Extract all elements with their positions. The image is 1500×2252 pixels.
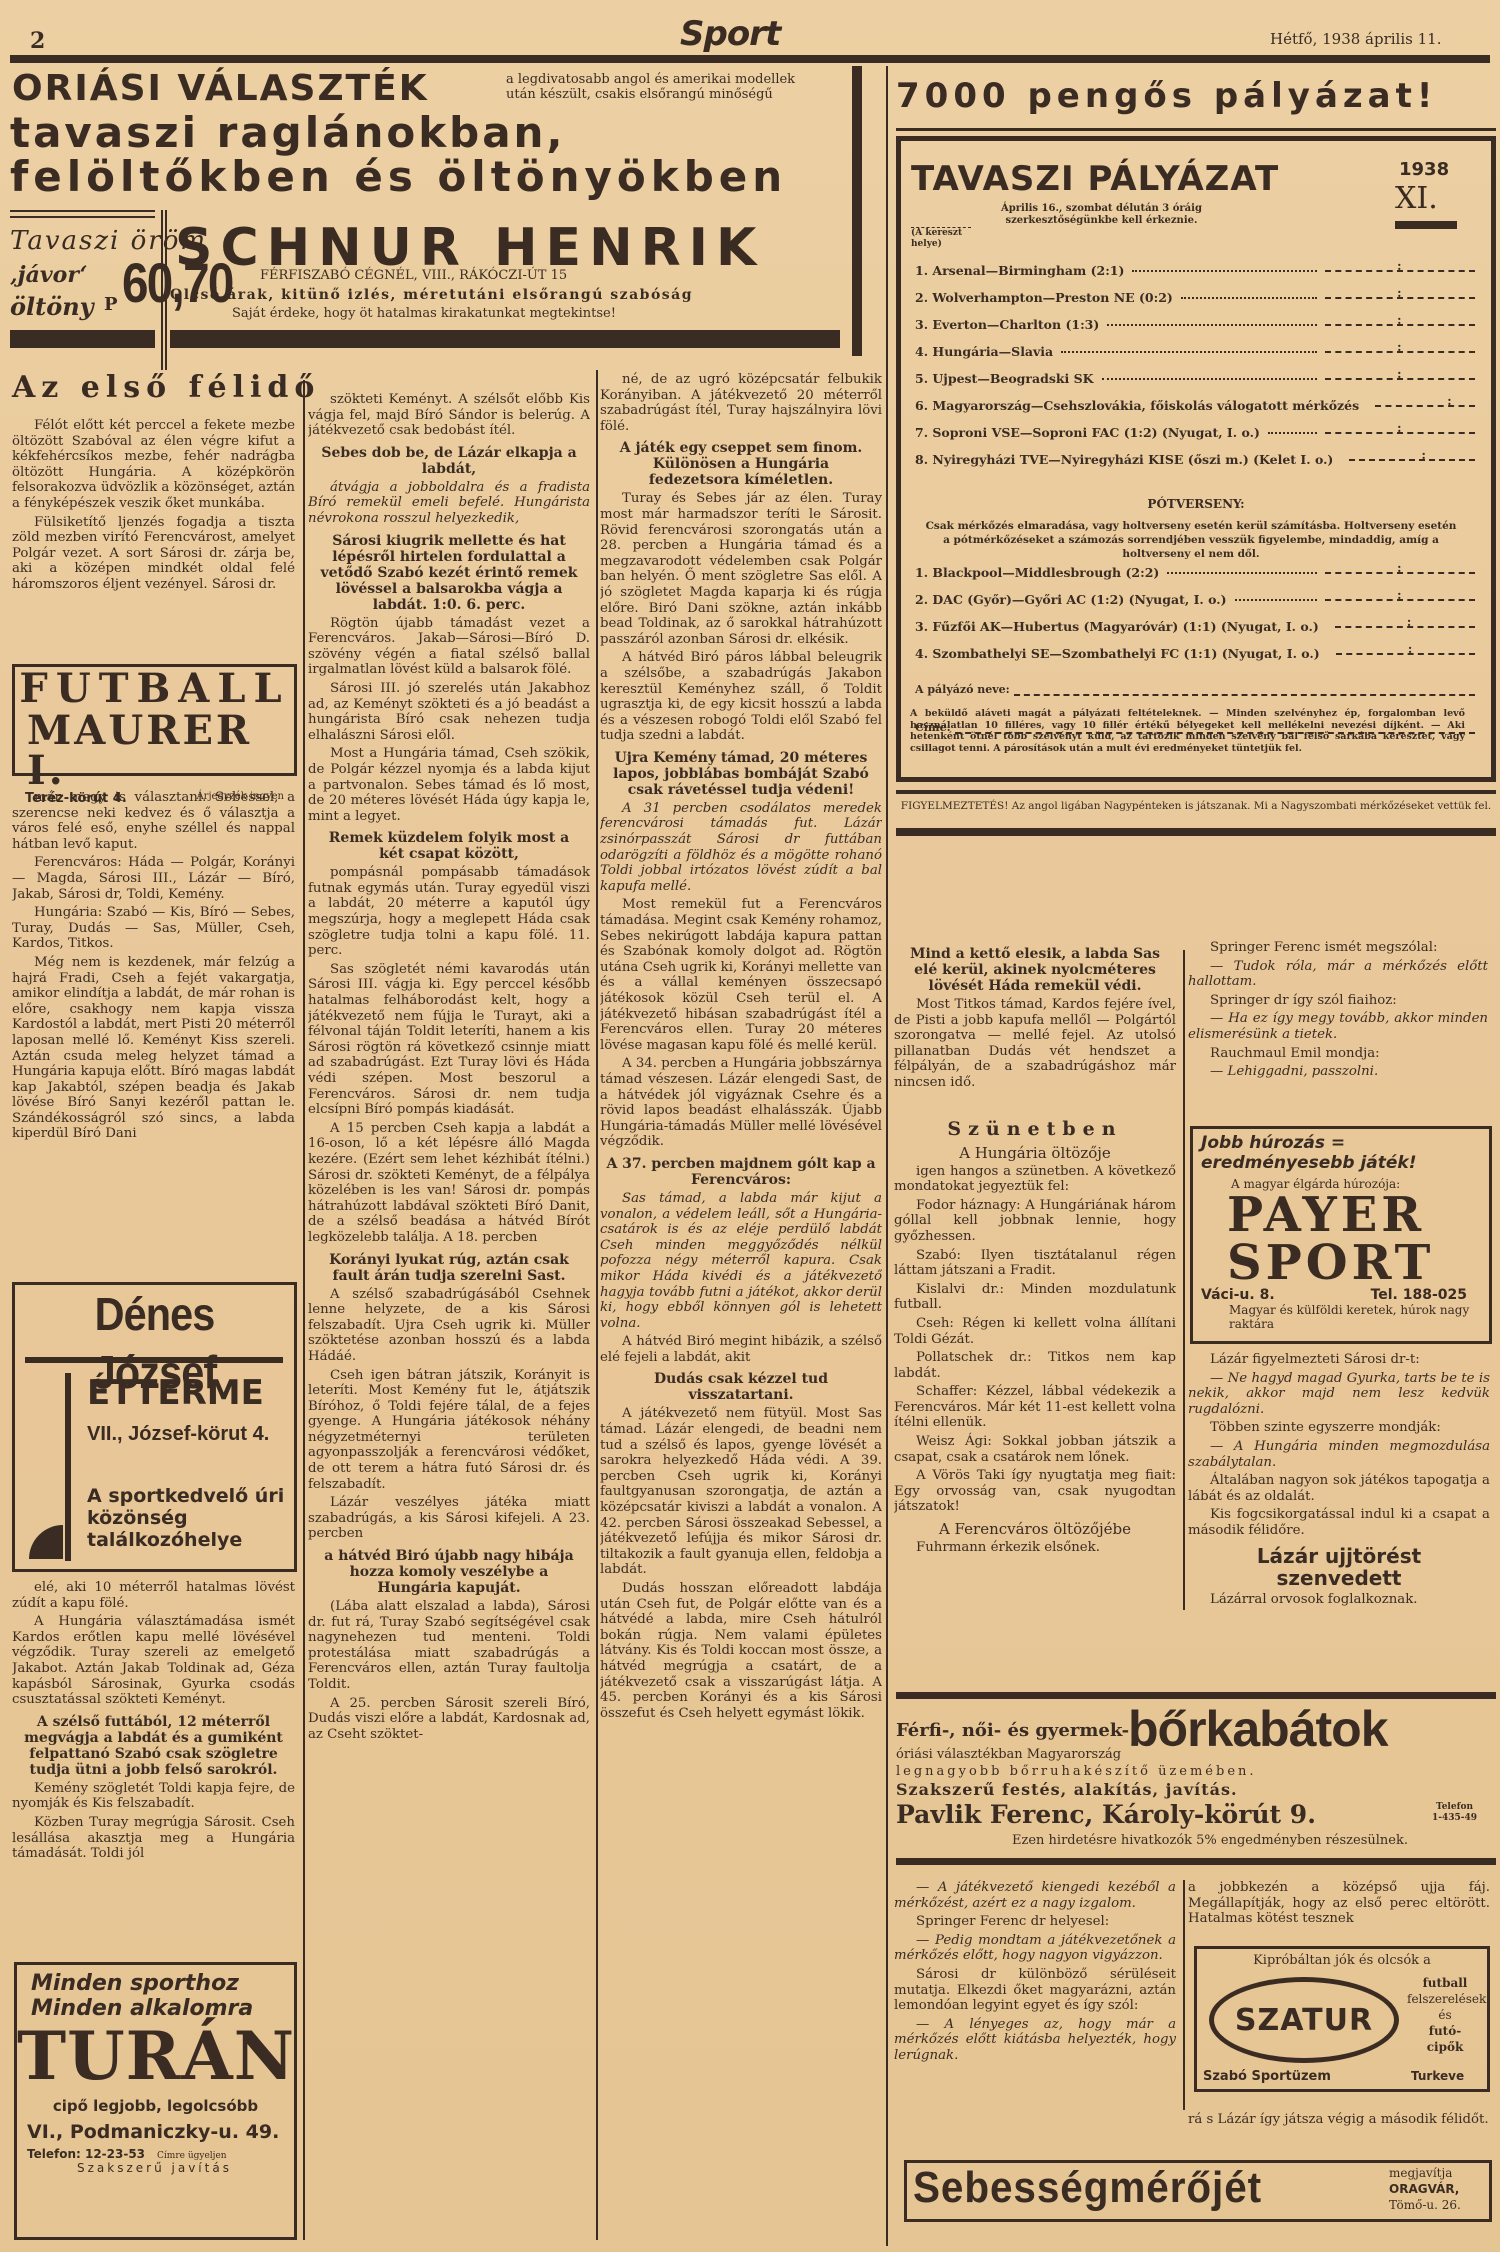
right-column-c: Lázár figyelmezteti Sárosi dr-t:— Ne hag… — [1188, 1352, 1490, 1682]
contest-banner: 7000 pengős pályázat! — [896, 76, 1437, 116]
section-subtitle: A Ferencváros öltözőjébe — [900, 1521, 1170, 1537]
ad-denes-jozsef: Dénes József ÉTTERME VII., József-körut … — [12, 1282, 297, 1572]
score-input[interactable] — [1325, 270, 1475, 272]
paragraph: Most Titkos támad, Kardos fejére ível, d… — [894, 997, 1176, 1091]
paragraph-italic: — A játékvezető kiengedi kezéből a mérkő… — [894, 1880, 1176, 1911]
paragraph: Turay és Sebes jár az élen. Turay most m… — [600, 491, 882, 647]
ad-line: legnagyobb bőrruhakészítő üzemében. — [896, 1764, 1257, 1779]
paragraph-italic: — Ha ez így megy tovább, akkor minden el… — [1188, 1011, 1488, 1042]
divider — [65, 1373, 71, 1561]
score-input[interactable] — [1335, 626, 1475, 628]
paragraph: A 15 percben Cseh kapja a labdát a 16-os… — [308, 1121, 590, 1246]
score-input[interactable] — [1349, 459, 1475, 461]
match-label: 7. Soproni VSE—Soproni FAC (1:2) (Nyugat… — [915, 425, 1260, 440]
leader-dots — [1181, 297, 1317, 299]
paragraph: Közben Turay megrúgja Sárosit. Cseh lesá… — [12, 1815, 295, 1862]
extra-match-list: 1. Blackpool—Middlesbrough (2:2)2. DAC (… — [915, 565, 1475, 673]
promo-line: öltöny — [10, 292, 94, 321]
subheading: a hátvéd Biró újabb nagy hibája hozza ko… — [314, 1548, 584, 1596]
subheading: A szélső futtából, 12 méterről megvágja … — [18, 1714, 289, 1778]
paragraph: Rögtön újabb támadást vezet a Ferencváro… — [308, 616, 590, 678]
paragraph: A 34. percben a Hungária jobbszárnya tám… — [600, 1056, 882, 1150]
contest-form: TAVASZI PÁLYÁZAT 1938 XI. Április 16., s… — [896, 136, 1496, 782]
paragraph-italic: — A lényeges az, hogy már a mérkőzés elő… — [894, 2017, 1176, 2064]
match-entry[interactable]: 1. Arsenal—Birmingham (2:1) — [915, 263, 1475, 290]
issue-date: Hétfő, 1938 április 11. — [1270, 30, 1441, 48]
right-column-b: Springer Ferenc ismét megszólal:— Tudok … — [1188, 940, 1488, 1120]
ad-slogan: A sportkedvelő úri közönség találkozóhel… — [87, 1485, 287, 1551]
paragraph: Springer Ferenc dr helyesel: — [894, 1914, 1176, 1930]
match-label: 6. Magyarország—Csehszlovákia, főiskolás… — [915, 398, 1359, 413]
match-label: 3. Everton—Charlton (1:3) — [915, 317, 1099, 332]
paragraph: A hátvéd Biró páros lábbal beleugrik a s… — [600, 650, 882, 744]
match-entry[interactable]: 1. Blackpool—Middlesbrough (2:2) — [915, 565, 1475, 592]
ad-line: MAURER I. — [15, 711, 294, 791]
ad-headline: Kipróbáltan jók és olcsók a — [1197, 1953, 1487, 1968]
paragraph: Most remekül fut a Ferencváros támadása.… — [600, 897, 882, 1053]
ad-phone: Telefon: 12-23-53 — [27, 2147, 145, 2161]
ad-side-line: futball — [1407, 1975, 1483, 1991]
divider — [10, 216, 155, 218]
ad-line: Minden sporthoz — [17, 1971, 294, 1996]
score-input[interactable] — [1325, 599, 1475, 601]
paragraph-italic: átvágja a jobboldalra és a fradista Bíró… — [308, 480, 590, 527]
score-input[interactable] — [1336, 653, 1475, 655]
match-entry[interactable]: 4. Szombathelyi SE—Szombathelyi FC (1:1)… — [915, 646, 1475, 673]
paragraph: pompásnál pompásabb támadások futnak egy… — [308, 865, 590, 959]
paragraph: A Vörös Taki így nyugtatja meg fiait: Eg… — [894, 1468, 1176, 1515]
ad-szatur: Kipróbáltan jók és olcsók a SZATUR futba… — [1194, 1946, 1490, 2092]
paragraph-italic: — Lehiggadni, passzolni. — [1188, 1064, 1488, 1080]
paragraph: A Hungária választámadása ismét Kardos e… — [12, 1614, 295, 1708]
ad-subtitle-line: után készült, csakis elsőrangú minőségű — [506, 87, 795, 102]
paragraph: Springer dr így szól fiaihoz: — [1188, 993, 1488, 1009]
name-field[interactable]: A pályázó neve: — [915, 683, 1475, 696]
ad-sub: ÉTTERME — [87, 1373, 264, 1413]
subheading: Remek küzdelem folyik most a két csapat … — [314, 830, 584, 862]
ad-subtitle: a legdivatosabb angol és amerikai modell… — [506, 72, 795, 102]
paragraph: Sas szögletét némi kavarodás után Sárosi… — [308, 962, 590, 1118]
ad-side-text: futballfelszerelésekésfutó-cipők — [1407, 1975, 1483, 2055]
ad-line: Szakszerű festés, alakítás, javítás. — [896, 1780, 1238, 1799]
match-entry[interactable]: 4. Hungária—Slavia — [915, 344, 1475, 371]
match-entry[interactable]: 5. Ujpest—Beogradski SK — [915, 371, 1475, 398]
divider — [896, 128, 1496, 131]
newspaper-logo: Sport — [680, 14, 780, 54]
subheading: A játék egy cseppet sem finom. Különösen… — [606, 440, 876, 488]
paragraph: Rauchmaul Emil mondja: — [1188, 1046, 1488, 1062]
match-list: 1. Arsenal—Birmingham (2:1)2. Wolverhamp… — [915, 263, 1475, 479]
phone-number: 1-435-49 — [1432, 1813, 1477, 1824]
extra-title: PÓTVERSENY: — [901, 497, 1491, 511]
match-label: 8. Nyiregyházi TVE—Nyiregyházi KISE (ősz… — [915, 452, 1333, 467]
page-number: 2 — [30, 28, 45, 54]
bottom-right-top: a jobbkezén a középső ujja fáj. Megállap… — [1188, 1880, 1490, 1927]
ad-brand: PAYER — [1193, 1191, 1489, 1239]
ad-product: bőrkabátok — [1128, 1700, 1388, 1758]
promo-line: ‚jávor‘ — [10, 262, 87, 288]
leader-dots — [1132, 270, 1317, 272]
ad-prefix: Férfi-, női- és gyermek- — [896, 1720, 1129, 1741]
match-label: 1. Blackpool—Middlesbrough (2:2) — [915, 565, 1159, 580]
subheading: Korányi lyukat rúg, aztán csak fault árá… — [314, 1252, 584, 1284]
ad-brand: SZATUR — [1235, 2003, 1373, 2038]
paragraph: Most a Hungária támad, Cseh szökik, de P… — [308, 746, 590, 824]
paragraph: igen hangos a szünetben. A következő mon… — [894, 1164, 1176, 1195]
paragraph: Springer Ferenc ismét megszólal: — [1188, 940, 1488, 956]
subheading: Dudás csak kézzel tud visszatartani. — [606, 1371, 876, 1403]
cross-box[interactable]: (A kereszt helye) — [911, 227, 971, 250]
ad-sebessegmero: Sebességmérőjét megjavítja ORAGVÁR, Tömő… — [904, 2160, 1492, 2222]
paragraph: Schaffer: Kézzel, lábbal védekezik a Fer… — [894, 1384, 1176, 1431]
currency: P — [104, 294, 118, 315]
match-label: 2. Wolverhampton—Preston NE (0:2) — [915, 290, 1173, 305]
ad-service: Szakszerű javítás — [17, 2161, 294, 2175]
column-divider — [1183, 1880, 1185, 2110]
deadline-line: szerkesztőségünkbe kell érkeznie. — [1001, 215, 1202, 227]
divider — [896, 1692, 1496, 1699]
paragraph: Cseh igen bátran játszik, Korányit is le… — [308, 1368, 590, 1493]
paragraph: A 25. percben Sárosit szereli Bíró, Dudá… — [308, 1696, 590, 1743]
ad-phone: Tel. 188-025 — [1371, 1287, 1467, 1303]
ad-town: Turkeve — [1411, 2069, 1464, 2083]
ad-line-felolto: felöltőkben és öltönyökben — [10, 152, 787, 201]
paragraph: Többen szinte egyszerre mondják: — [1188, 1420, 1490, 1436]
ad-line: FUTBALL — [15, 667, 294, 711]
paragraph-italic: — A Hungária minden megmozdulása szabály… — [1188, 1439, 1490, 1470]
paragraph-italic: — Ne hagyd magad Gyurka, tarts be te is … — [1188, 1371, 1490, 1418]
divider — [165, 210, 167, 370]
column-divider — [886, 66, 888, 2246]
ad-address: FÉRFISZABÓ CÉGNÉL, VIII., RÁKÓCZI-ÚT 15 — [260, 268, 567, 283]
paragraph: Pollatschek dr.: Titkos nem kap labdát. — [894, 1350, 1176, 1381]
match-entry[interactable]: 8. Nyiregyházi TVE—Nyiregyházi KISE (ősz… — [915, 452, 1475, 479]
paragraph: már megy is választani. Sebessel, a szer… — [12, 790, 295, 852]
ad-phone: Telefon 1-435-49 — [1432, 1802, 1477, 1824]
paragraph: A hátvéd Biró megint hibázik, a szélső e… — [600, 1334, 882, 1365]
paragraph: Fülsiketítő ljenzés fogadja a tiszta zöl… — [12, 515, 295, 593]
ad-discount: Ezen hirdetésre hivatkozók 5% engedményb… — [1012, 1833, 1408, 1848]
match-entry[interactable]: 3. Everton—Charlton (1:3) — [915, 317, 1475, 344]
ad-company: Pavlik Ferenc, Károly-körút 9. — [896, 1800, 1316, 1829]
newspaper-page: 2 Sport Hétfő, 1938 április 11. ORIÁSI V… — [0, 0, 1500, 2252]
score-input[interactable] — [1325, 297, 1475, 299]
ad-headline: ORIÁSI VÁLASZTÉK — [12, 68, 429, 109]
paragraph: Lázárral orvosok foglalkoznak. — [1188, 1592, 1490, 1608]
score-input[interactable] — [1325, 351, 1475, 353]
article-column-2: szökteti Keményt. A szélsőt előbb Kis vá… — [308, 392, 590, 2242]
contest-warning: FIGYELMEZTETÉS! Az angol ligában Nagypén… — [896, 800, 1496, 813]
leader-dots — [1061, 351, 1317, 353]
match-entry[interactable]: 2. DAC (Győr)—Győri AC (1:2) (Nyugat, I.… — [915, 592, 1475, 619]
paragraph-italic: A 31 percben csodálatos meredek ferencvá… — [600, 801, 882, 895]
match-entry[interactable]: 2. Wolverhampton—Preston NE (0:2) — [915, 290, 1475, 317]
bottom-left-text: — A játékvezető kiengedi kezéből a mérkő… — [894, 1880, 1176, 2120]
article-column-1-cont2: elé, aki 10 méterről hatalmas lövést zúd… — [12, 1580, 295, 1965]
ad-payer-sport: Jobb húrozás = eredményesebb játék! A ma… — [1190, 1126, 1492, 1344]
ad-note: Magyar és külföldi keretek, húrok nagy r… — [1193, 1303, 1489, 1331]
ad-address: Váci-u. 8. — [1201, 1287, 1275, 1303]
ad-side-line: felszerelések — [1407, 1991, 1483, 2007]
ad-brand: TURÁN — [17, 2021, 294, 2091]
paragraph: A szélső szabadrúgásából Csehnek lenne h… — [308, 1287, 590, 1365]
paragraph: Szabó: Ilyen tisztátalanul régen láttam … — [894, 1248, 1176, 1279]
ad-line: óriási választékban Magyarország — [896, 1747, 1121, 1762]
subheading: Ujra Kemény támad, 20 méteres lapos, job… — [606, 750, 876, 798]
divider — [10, 210, 155, 212]
match-label: 1. Arsenal—Birmingham (2:1) — [915, 263, 1124, 278]
match-label: 5. Ujpest—Beogradski SK — [915, 371, 1094, 386]
ad-line: megjavítja — [1389, 2165, 1461, 2181]
paragraph: Cseh: Régen ki kellett volna állítani To… — [894, 1316, 1176, 1347]
paragraph: Fodor háznagy: A Hungáriának három gólla… — [894, 1198, 1176, 1245]
name-label: A pályázó neve: — [915, 683, 1010, 696]
score-input[interactable] — [1325, 324, 1475, 326]
leader-dots — [1102, 378, 1317, 380]
bottom-right-bottom: rá s Lázár így játsza végig a második fé… — [1188, 2112, 1490, 2128]
paragraph: Fuhrmann érkezik elsőnek. — [894, 1540, 1176, 1556]
leader-dots — [1235, 599, 1317, 601]
ad-side-line: cipők — [1407, 2039, 1483, 2055]
divider — [25, 1357, 283, 1363]
column-divider — [596, 370, 598, 2240]
ad-sub: cipő legjobb, legolcsóbb — [17, 2097, 294, 2115]
paragraph: Weisz Ági: Sokkal jobban játszik a csapa… — [894, 1434, 1176, 1465]
contest-rules: A beküldő aláveti magát a pályázati felt… — [910, 708, 1465, 754]
ad-futball-maurer: FUTBALL MAURER I. Teréz-körút 4. Árjegyz… — [12, 664, 297, 776]
contest-deadline: Április 16., szombat délután 3 óráig sze… — [1001, 203, 1202, 227]
paragraph-italic: Sas támad, a labda már kijut a vonalon, … — [600, 1191, 882, 1331]
score-input[interactable] — [1325, 572, 1475, 574]
ad-address: VI., Podmaniczky-u. 49. — [17, 2121, 294, 2143]
paragraph-italic: — Tudok róla, már a mérkőzés előtt hallo… — [1188, 959, 1488, 990]
match-entry[interactable]: 7. Soproni VSE—Soproni FAC (1:2) (Nyugat… — [915, 425, 1475, 452]
ad-turan: Minden sporthoz Minden alkalomra TURÁN c… — [14, 1962, 297, 2240]
right-column-a: Mind a kettő elesik, a labda Sas elé ker… — [894, 940, 1176, 1740]
match-entry[interactable]: 3. Fűzfői AK—Hubertus (Magyaróvár) (1:1)… — [915, 619, 1475, 646]
section-subtitle: A Hungária öltözője — [900, 1145, 1170, 1161]
ad-subtitle-line: a legdivatosabb angol és amerikai modell… — [506, 72, 795, 87]
paragraph: Hungária: Szabó — Kis, Bíró — Sebes, Tur… — [12, 905, 295, 952]
subheading: Sebes dob be, de Lázár elkapja a labdát, — [314, 445, 584, 477]
ad-maker: Szabó Sportüzem — [1203, 2069, 1331, 2084]
paragraph: szökteti Keményt. A szélsőt előbb Kis vá… — [308, 392, 590, 439]
leader-dots — [1268, 432, 1317, 434]
section-title: Szünetben — [894, 1121, 1176, 1137]
subheading: Sárosi kiugrik mellette és hat lépésről … — [314, 533, 584, 613]
paragraph: né, de az ugró középcsatár felbukik Korá… — [600, 372, 882, 434]
paragraph-italic: — Pedig mondtam a játékvezetőnek a mérkő… — [894, 1933, 1176, 1964]
contest-year: 1938 — [1399, 159, 1449, 180]
ad-line: Tömő-u. 26. — [1389, 2197, 1461, 2213]
ad-note: Címre ügyeljen — [157, 2151, 227, 2161]
paragraph: Dudás hosszan előreadott labdája után Cs… — [600, 1581, 882, 1721]
deadline-line: Április 16., szombat délután 3 óráig — [1001, 203, 1202, 215]
article-column-3: né, de az ugró középcsatár felbukik Korá… — [600, 372, 882, 2232]
szatur-logo-icon: SZATUR — [1209, 1977, 1399, 2063]
match-label: 2. DAC (Győr)—Győri AC (1:2) (Nyugat, I.… — [915, 592, 1227, 607]
divider — [161, 210, 163, 370]
paragraph: Ferencváros: Háda — Polgár, Korányi — Ma… — [12, 855, 295, 902]
subheading: Lázár ujjtörést szenvedett — [1194, 1545, 1484, 1589]
divider — [852, 66, 862, 356]
divider — [170, 330, 840, 348]
score-input[interactable] — [1325, 378, 1475, 380]
ad-line: ORAGVÁR, — [1389, 2181, 1461, 2197]
paragraph: Lázár figyelmezteti Sárosi dr-t: — [1188, 1352, 1490, 1368]
leader-dots — [1107, 324, 1317, 326]
ad-side-line: futó- — [1407, 2023, 1483, 2039]
divider — [896, 790, 1496, 794]
paragraph: Kis fogcsikorgatással indul ki a csapat … — [1188, 1507, 1490, 1538]
masthead-rule — [10, 55, 1490, 63]
ad-word: Sebességmérőjét — [913, 2163, 1262, 2213]
ad-brand: SPORT — [1193, 1239, 1489, 1287]
match-entry[interactable]: 6. Magyarország—Csehszlovákia, főiskolás… — [915, 398, 1475, 425]
score-input[interactable] — [1375, 405, 1475, 407]
divider — [1395, 221, 1457, 229]
paragraph: Kislalvi dr.: Minden mozdulatunk futball… — [894, 1282, 1176, 1313]
column-divider — [1183, 950, 1185, 1610]
score-input[interactable] — [1325, 432, 1475, 434]
paragraph: A játékvezető nem fütyül. Most Sas támad… — [600, 1406, 882, 1578]
article-column-1: Félót előtt két perccel a fekete mezbe ö… — [12, 418, 295, 664]
article-title: Az első félidő — [12, 370, 320, 405]
contest-number: XI. — [1395, 181, 1438, 216]
paragraph: elé, aki 10 méterről hatalmas lövést zúd… — [12, 1580, 295, 1611]
ad-detail: megjavítja ORAGVÁR, Tömő-u. 26. — [1389, 2165, 1461, 2213]
column-divider — [303, 380, 305, 2240]
paragraph: Sárosi III. jó szerelés után Jakabhoz ad… — [308, 681, 590, 743]
ad-tagline: Saját érdeke, hogy öt hatalmas kirakatun… — [232, 306, 616, 321]
corner-ornament-icon — [29, 1525, 63, 1559]
ad-address: VII., József-körut 4. — [87, 1423, 269, 1446]
ad-line-raglan: tavaszi raglánokban, — [10, 108, 565, 157]
phone-label: Telefon — [1432, 1802, 1477, 1813]
match-label: 4. Hungária—Slavia — [915, 344, 1053, 359]
paragraph: Még nem is kezdenek, már felzúg a hajrá … — [12, 955, 295, 1142]
paragraph: (Lába alatt elszalad a labda), Sárosi dr… — [308, 1599, 590, 1693]
match-label: 3. Fűzfői AK—Hubertus (Magyaróvár) (1:1)… — [915, 619, 1319, 634]
paragraph: Sárosi dr különböző sérüléseit mutatja. … — [894, 1967, 1176, 2014]
paragraph: Kemény szögletét Toldi kapja fejre, de n… — [12, 1781, 295, 1812]
leader-dots — [1167, 572, 1317, 574]
paragraph: Lázár veszélyes játéka miatt szabadrúgás… — [308, 1495, 590, 1542]
ad-slogan: Jobb húrozás = eredményesebb játék! — [1193, 1133, 1489, 1173]
divider — [896, 1858, 1496, 1865]
divider — [10, 330, 155, 348]
paragraph: Félót előtt két perccel a fekete mezbe ö… — [12, 418, 295, 512]
extra-note: Csak mérkőzés elmaradása, vagy holtverse… — [921, 519, 1461, 561]
ad-slogan: Olcsó árak, kitünő izlés, méretutáni els… — [170, 287, 693, 303]
ad-side-line: és — [1407, 2007, 1483, 2023]
name-input[interactable] — [1014, 683, 1475, 696]
contest-title: TAVASZI PÁLYÁZAT — [911, 159, 1279, 199]
subheading: Mind a kettő elesik, a labda Sas elé ker… — [900, 946, 1170, 994]
article-column-1-cont: már megy is választani. Sebessel, a szer… — [12, 790, 295, 1270]
divider — [896, 828, 1496, 836]
paragraph: Általában nagyon sok játékos tapogatja a… — [1188, 1473, 1490, 1504]
subheading: A 37. percben majdnem gólt kap a Ferencv… — [606, 1156, 876, 1188]
match-label: 4. Szombathelyi SE—Szombathelyi FC (1:1)… — [915, 646, 1320, 661]
